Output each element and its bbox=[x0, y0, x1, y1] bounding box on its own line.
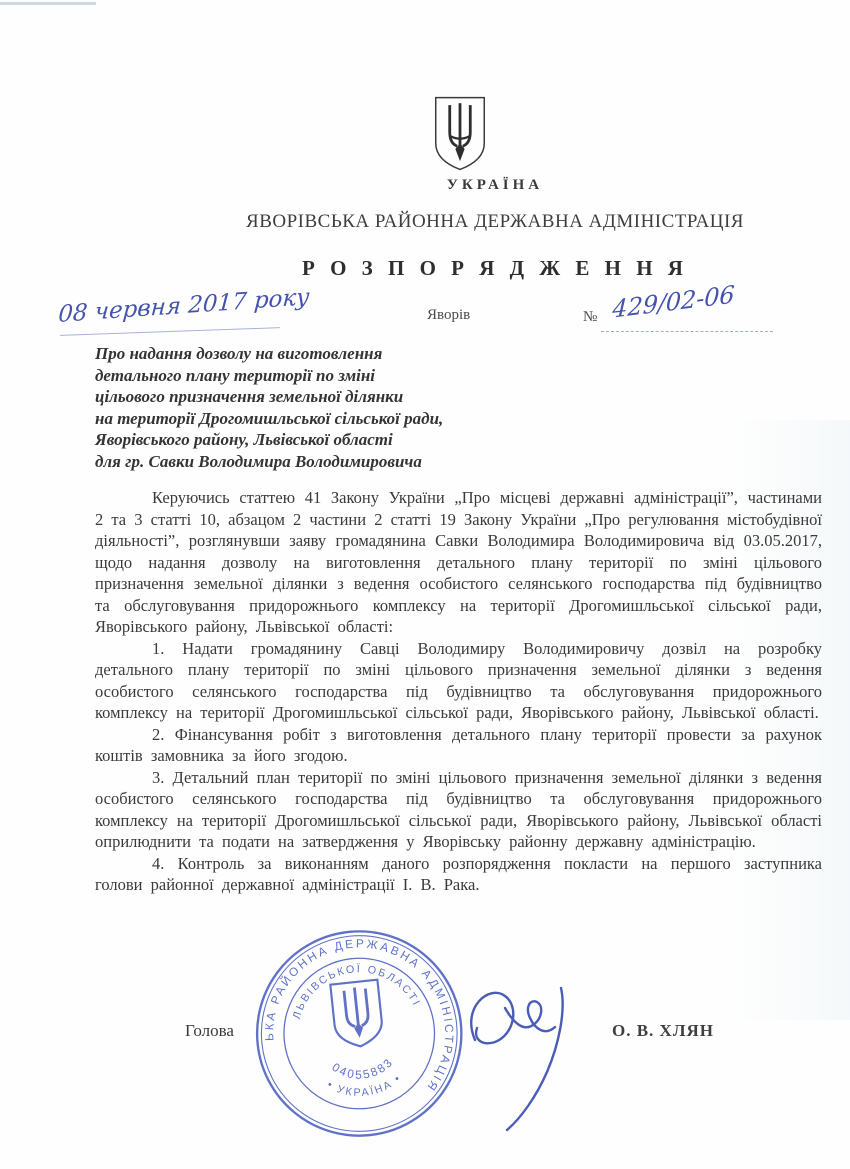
country-label: УКРАЇНА bbox=[70, 177, 850, 194]
intro-paragraph: Керуючись статтею 41 Закону України „Про… bbox=[95, 487, 822, 638]
subject-line: Про надання дозволу на виготовлення bbox=[95, 343, 515, 365]
body-item-3: 3. Детальний план території по зміні ціл… bbox=[95, 767, 822, 853]
subject-line: детального плану території по зміні bbox=[95, 365, 515, 387]
subject-line: Яворівського району, Львівської області bbox=[95, 429, 515, 451]
handwritten-date: 08 червня 2017 року bbox=[57, 284, 310, 328]
place-label: Яворів bbox=[427, 307, 470, 324]
number-label: № bbox=[583, 309, 597, 326]
signature-stroke bbox=[445, 978, 615, 1143]
document-title: Р О З П О Р Я Д Ж Е Н Н Я bbox=[70, 256, 850, 281]
scanned-document-page: УКРАЇНА ЯВОРІВСЬКА РАЙОННА ДЕРЖАВНА АДМІ… bbox=[0, 0, 850, 1169]
scan-edge-artifact bbox=[0, 2, 96, 5]
signoff-name: О. В. ХЛЯН bbox=[612, 1021, 714, 1041]
date-underline bbox=[60, 327, 280, 336]
handwritten-number: 429/02-06 bbox=[612, 280, 736, 323]
subject-block: Про надання дозволу на виготовлення дета… bbox=[95, 343, 515, 472]
subject-line: цільового призначення земельної ділянки bbox=[95, 386, 515, 408]
body-item-2: 2. Фінансування робіт з виготовлення дет… bbox=[95, 724, 822, 767]
subject-line: для гр. Савки Володимира Володимировича bbox=[95, 451, 515, 473]
stamp-outer-ring-text: ЯВОРІВСЬКА РАЙОННА ДЕРЖАВНА АДМІНІСТРАЦІ… bbox=[241, 915, 463, 1114]
organization-name: ЯВОРІВСЬКА РАЙОННА ДЕРЖАВНА АДМІНІСТРАЦІ… bbox=[70, 211, 850, 233]
subject-line: на території Дрогомишльської сільської р… bbox=[95, 408, 515, 430]
body-item-4: 4. Контроль за виконанням даного розпоря… bbox=[95, 853, 822, 896]
official-stamp: ЯВОРІВСЬКА РАЙОННА ДЕРЖАВНА АДМІНІСТРАЦІ… bbox=[241, 915, 478, 1156]
stamp-trident-icon bbox=[330, 980, 384, 1049]
signoff-title: Голова bbox=[185, 1021, 234, 1041]
number-underline bbox=[601, 331, 773, 332]
body-item-1: 1. Надати громадянину Савці Володимиру В… bbox=[95, 638, 822, 724]
svg-text:ЯВОРІВСЬКА РАЙОННА ДЕРЖАВНА АД: ЯВОРІВСЬКА РАЙОННА ДЕРЖАВНА АДМІНІСТРАЦІ… bbox=[241, 915, 463, 1114]
trident-emblem-icon bbox=[432, 92, 488, 181]
document-body: Керуючись статтею 41 Закону України „Про… bbox=[95, 487, 822, 896]
